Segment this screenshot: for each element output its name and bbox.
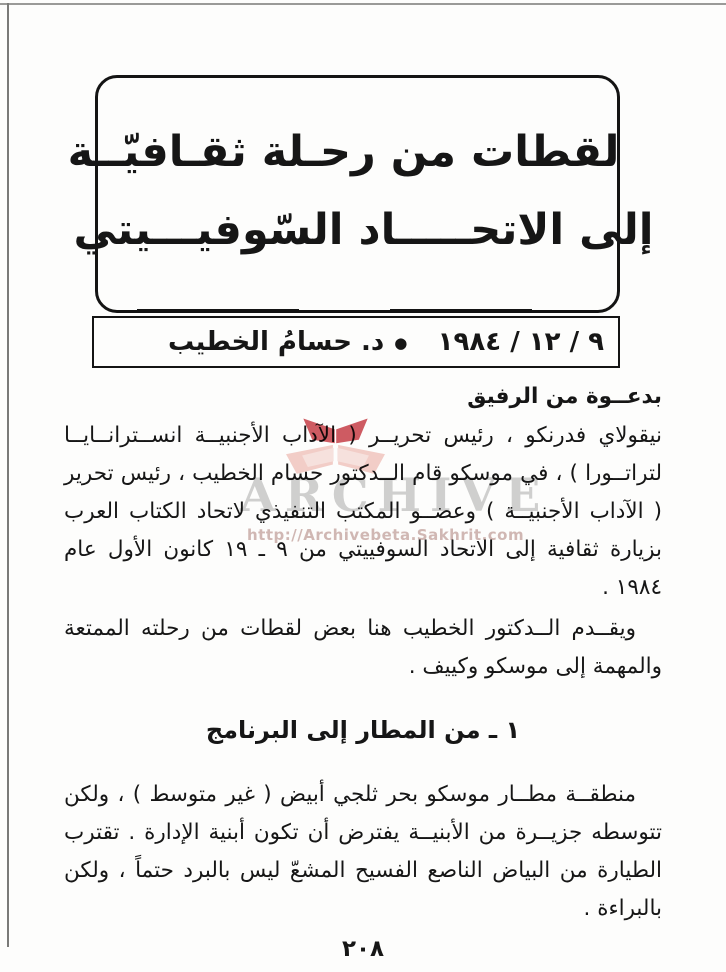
intro-paragraph-1: نيقولاي فدرنكو ، رئيس تحريــر ( الآداب ا… (64, 417, 662, 607)
author-name: د. حسامُ الخطيب (168, 327, 384, 357)
intro-lead-line: بدعــوة من الرفيق (64, 378, 662, 416)
page-number: ٢٠٨ (64, 930, 662, 968)
title-box-rule-left (137, 309, 299, 312)
title-box-rule-right (390, 309, 532, 312)
scanned-page: لقطات من رحـلة ثقـافيّــة إلى الاتحـــــ… (0, 0, 726, 972)
section-paragraph: منطقــة مطــار موسكو بحر ثلجي أبيض ( غير… (64, 776, 662, 928)
title-box: لقطات من رحـلة ثقـافيّــة إلى الاتحـــــ… (95, 75, 620, 313)
bullet-icon: ● (394, 336, 407, 351)
article-title-line2: إلى الاتحـــــاد السّوفيـــيتي (74, 194, 654, 266)
author-group: ● د. حسامُ الخطيب (168, 327, 407, 357)
scan-edge-left (7, 3, 9, 947)
article-title-line1: لقطات من رحـلة ثقـافيّــة (68, 116, 620, 188)
section-heading: ١ ـ من المطار إلى البرنامج (64, 711, 662, 749)
byline-box: ٩ / ١٢ / ١٩٨٤ ● د. حسامُ الخطيب (92, 316, 620, 368)
publication-date: ٩ / ١٢ / ١٩٨٤ (438, 327, 604, 357)
intro-paragraph-2: ويقــدم الــدكتور الخطيب هنا بعض لقطات م… (64, 610, 662, 686)
article-body: بدعــوة من الرفيق نيقولاي فدرنكو ، رئيس … (64, 378, 662, 968)
scan-edge-top (0, 3, 726, 5)
